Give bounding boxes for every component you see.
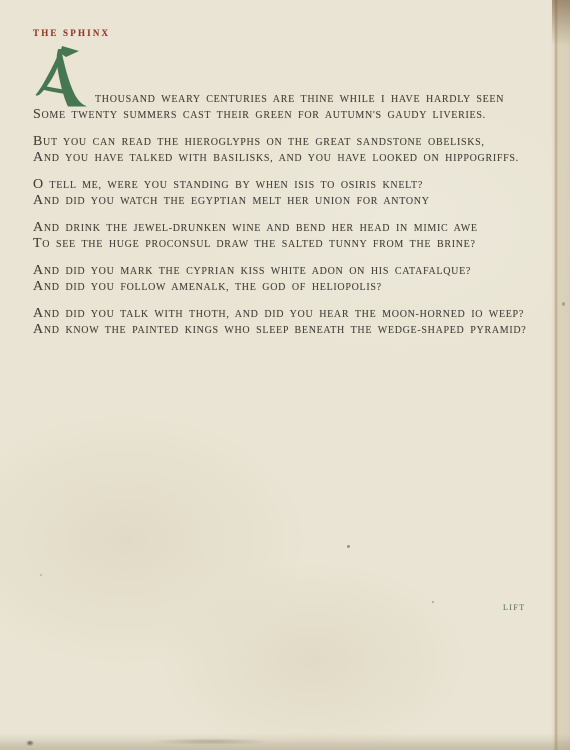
poem-body: THOUSAND WEARY CENTURIES ARE THINE WHILE… <box>33 92 548 349</box>
versal-letter: O <box>33 177 44 192</box>
stanza: AND DID YOU MARK THE CYPRIAN KISS WHITE … <box>33 263 548 295</box>
poem-line: AND DRINK THE JEWEL-DRUNKEN WINE AND BEN… <box>33 220 548 236</box>
versal-letter: A <box>33 322 44 337</box>
poem-line: AND DID YOU TALK WITH THOTH, AND DID YOU… <box>33 306 548 322</box>
stanza: O TELL ME, WERE YOU STANDING BY WHEN ISI… <box>33 177 548 209</box>
versal-letter: T <box>33 236 42 251</box>
page-title: THE SPHINX <box>33 28 110 38</box>
line-text: ND DRINK THE JEWEL-DRUNKEN WINE AND BEND… <box>44 223 478 234</box>
poem-line: THOUSAND WEARY CENTURIES ARE THINE WHILE… <box>33 92 548 107</box>
stanza: THOUSAND WEARY CENTURIES ARE THINE WHILE… <box>33 92 548 123</box>
poem-line: O TELL ME, WERE YOU STANDING BY WHEN ISI… <box>33 177 548 193</box>
line-text: THOUSAND WEARY CENTURIES ARE THINE WHILE… <box>95 94 504 105</box>
poem-line: AND DID YOU FOLLOW AMENALK, THE GOD OF H… <box>33 279 548 295</box>
line-text: ND YOU HAVE TALKED WITH BASILISKS, AND Y… <box>44 153 519 164</box>
versal-letter: A <box>33 306 44 321</box>
paper-speck <box>347 545 350 548</box>
line-text: ND DID YOU TALK WITH THOTH, AND DID YOU … <box>44 309 524 320</box>
paper-speck <box>562 302 565 306</box>
versal-letter: A <box>33 193 44 208</box>
versal-letter: A <box>33 279 44 294</box>
paper-speck <box>40 574 42 576</box>
line-text: ND DID YOU MARK THE CYPRIAN KISS WHITE A… <box>44 266 471 277</box>
line-text: UT YOU CAN READ THE HIEROGLYPHS ON THE G… <box>43 137 485 148</box>
poem-line: TO SEE THE HUGE PROCONSUL DRAW THE SALTE… <box>33 236 548 252</box>
versal-letter: S <box>33 107 42 122</box>
paper-blemish <box>26 740 34 746</box>
page-edge-top-right <box>552 0 570 46</box>
poem-line: AND KNOW THE PAINTED KINGS WHO SLEEP BEN… <box>33 322 548 338</box>
versal-letter: A <box>33 263 44 278</box>
line-text: ND KNOW THE PAINTED KINGS WHO SLEEP BENE… <box>44 325 527 336</box>
poem-line: AND DID YOU MARK THE CYPRIAN KISS WHITE … <box>33 263 548 279</box>
paper-speck <box>432 601 434 603</box>
stanza: BUT YOU CAN READ THE HIEROGLYPHS ON THE … <box>33 134 548 166</box>
line-text: TELL ME, WERE YOU STANDING BY WHEN ISIS … <box>44 180 423 191</box>
stanza: AND DRINK THE JEWEL-DRUNKEN WINE AND BEN… <box>33 220 548 252</box>
poem-line: BUT YOU CAN READ THE HIEROGLYPHS ON THE … <box>33 134 548 150</box>
versal-letter: A <box>33 150 44 165</box>
poem-line: AND YOU HAVE TALKED WITH BASILISKS, AND … <box>33 150 548 166</box>
line-text: O SEE THE HUGE PROCONSUL DRAW THE SALTED… <box>42 239 475 250</box>
line-text: ND DID YOU WATCH THE EGYPTIAN MELT HER U… <box>44 196 430 207</box>
versal-letter: A <box>33 220 44 235</box>
line-text: ND DID YOU FOLLOW AMENALK, THE GOD OF HE… <box>44 282 382 293</box>
stanza: AND DID YOU TALK WITH THOTH, AND DID YOU… <box>33 306 548 338</box>
page-edge-right <box>551 0 570 750</box>
versal-letter: B <box>33 134 43 149</box>
catchword: LIFT <box>503 603 526 612</box>
poem-line: AND DID YOU WATCH THE EGYPTIAN MELT HER … <box>33 193 548 209</box>
line-text: OME TWENTY SUMMERS CAST THEIR GREEN FOR … <box>42 110 486 121</box>
poem-line: SOME TWENTY SUMMERS CAST THEIR GREEN FOR… <box>33 107 548 123</box>
paper-smudge <box>150 738 270 745</box>
book-page: THE SPHINX THOUSAND WEARY CENTURIES ARE … <box>0 0 570 750</box>
page-edge-bottom <box>0 733 570 750</box>
